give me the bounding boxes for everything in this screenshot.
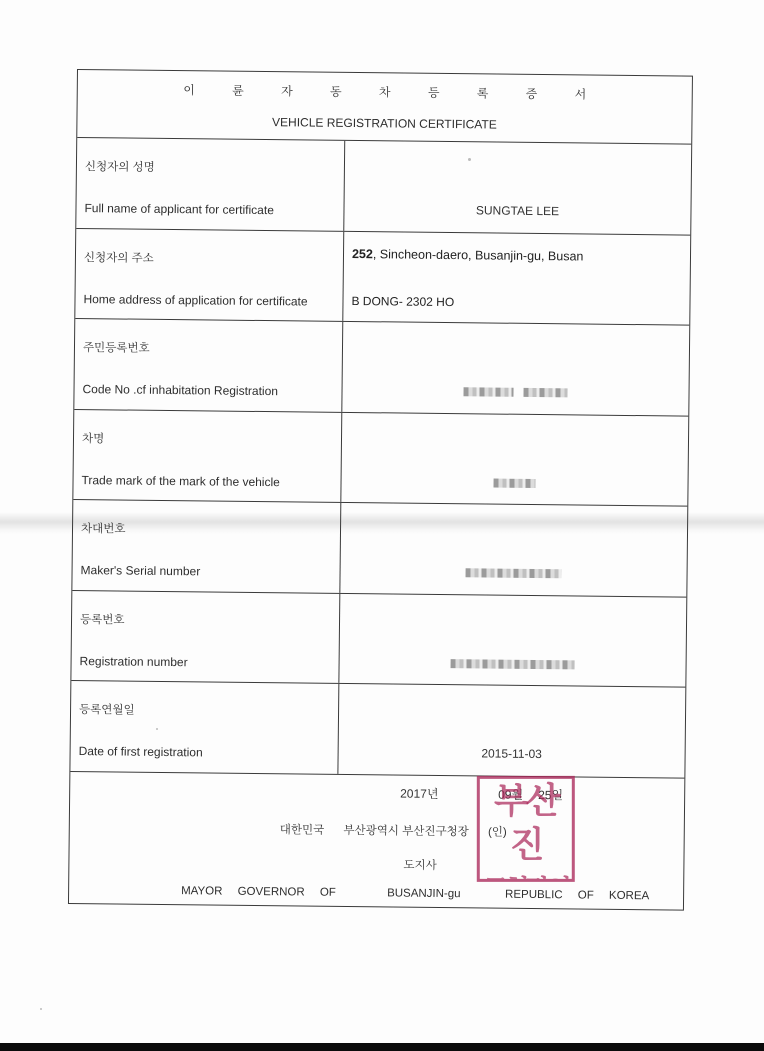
label-english: Home address of application for certific… (83, 292, 307, 308)
issuer-country-english: REPUBLIC OF KOREA (505, 888, 649, 902)
label-korean: 차명 (82, 430, 104, 446)
label-english: Date of first registration (79, 744, 203, 759)
label-korean: 신청자의 주소 (84, 249, 154, 266)
label-cell: 등록연월일 Date of first registration (70, 681, 339, 773)
address-line-1: 252, Sincheon-daero, Busanjin-gu, Busan (352, 246, 584, 263)
value-cell: 2015-11-03 (338, 684, 685, 777)
label-english: Trade mark of the mark of the vehicle (81, 473, 279, 489)
issuer-district-english: BUSANJIN-gu (387, 887, 461, 900)
label-cell: 등록번호 Registration number (71, 590, 340, 682)
label-english: Maker's Serial number (81, 563, 201, 578)
redacted-block (523, 388, 567, 397)
value-cell: SUNGTAE LEE (344, 141, 691, 234)
seal-text-line-2: 구청장인 (480, 866, 572, 881)
row-first-registration-date: 등록연월일 Date of first registration 2015-11… (70, 681, 685, 778)
label-cell: 신청자의 성명 Full name of applicant for certi… (76, 138, 345, 230)
label-korean: 신청자의 성명 (85, 158, 155, 175)
address-street-number: 252 (352, 246, 373, 260)
first-registration-date-value: 2015-11-03 (339, 745, 685, 763)
row-registration-number: 등록번호 Registration number (71, 590, 686, 687)
value-cell: 252, Sincheon-daero, Busanjin-gu, Busan … (343, 231, 690, 324)
serial-number-value (341, 564, 687, 582)
label-cell: 차대번호 Maker's Serial number (72, 500, 341, 592)
label-korean: 등록번호 (80, 611, 125, 627)
redacted-block (451, 659, 575, 669)
row-applicant-address: 신청자의 주소 Home address of application for … (75, 229, 690, 326)
row-maker-serial-number: 차대번호 Maker's Serial number (72, 500, 687, 597)
issuer-office: 부산광역시 부산진구청장 (343, 824, 469, 837)
address-street: , Sincheon-daero, Busanjin-gu, Busan (373, 247, 584, 263)
governor-korean: 도지사 (403, 856, 436, 872)
seal-text-line-1: 부산진 (480, 778, 572, 866)
label-cell: 차명 Trade mark of the mark of the vehicle (73, 409, 342, 501)
value-cell (340, 503, 687, 596)
title-english: VEHICLE REGISTRATION CERTIFICATE (77, 113, 691, 134)
registration-number-value (340, 654, 686, 672)
label-korean: 주민등록번호 (83, 339, 150, 356)
value-cell (342, 322, 689, 415)
value-cell (339, 593, 686, 686)
redacted-block (493, 478, 535, 487)
value-cell (341, 412, 688, 505)
label-cell: 신청자의 주소 Home address of application for … (75, 229, 344, 321)
vehicle-registration-certificate: 이 륜 자 동 차 등 록 증 서 VEHICLE REGISTRATION C… (68, 69, 693, 911)
label-cell: 주민등록번호 Code No .cf inhabitation Registra… (74, 319, 343, 411)
certificate-header: 이 륜 자 동 차 등 록 증 서 VEHICLE REGISTRATION C… (77, 70, 692, 145)
applicant-name-value: SUNGTAE LEE (344, 202, 690, 220)
issuer-block: 2017년 09월 25일 대한민국 부산광역시 부산진구청장 (인) 도지사 … (69, 771, 684, 910)
row-resident-registration-number: 주민등록번호 Code No .cf inhabitation Registra… (74, 319, 689, 416)
scanner-border (0, 1043, 764, 1051)
issuer-english: MAYOR GOVERNOR OF BUSANJIN-gu REPUBLIC O… (69, 883, 683, 890)
redacted-block (466, 569, 562, 579)
issuer-title-english: MAYOR GOVERNOR OF (181, 885, 336, 899)
label-english: Registration number (80, 654, 188, 669)
label-korean: 차대번호 (81, 520, 126, 536)
label-english: Full name of applicant for certificate (84, 201, 274, 217)
label-korean: 등록연월일 (79, 701, 135, 718)
trade-mark-value (341, 473, 687, 491)
issue-date: 2017년 09월 25일 (70, 780, 684, 787)
title-korean: 이 륜 자 동 차 등 록 증 서 (78, 80, 692, 104)
issue-year: 2017년 (400, 784, 438, 801)
resident-number-value (342, 383, 688, 401)
row-vehicle-trade-mark: 차명 Trade mark of the mark of the vehicle (73, 409, 688, 506)
redacted-block (464, 388, 514, 398)
scan-speck (40, 1008, 42, 1010)
official-seal-stamp: 부산진 구청장인 (477, 775, 575, 881)
row-applicant-name: 신청자의 성명 Full name of applicant for certi… (76, 138, 691, 235)
label-english: Code No .cf inhabitation Registration (82, 382, 278, 398)
issuer-country: 대한민국 (280, 824, 325, 836)
address-line-2: B DONG- 2302 HO (351, 293, 454, 308)
